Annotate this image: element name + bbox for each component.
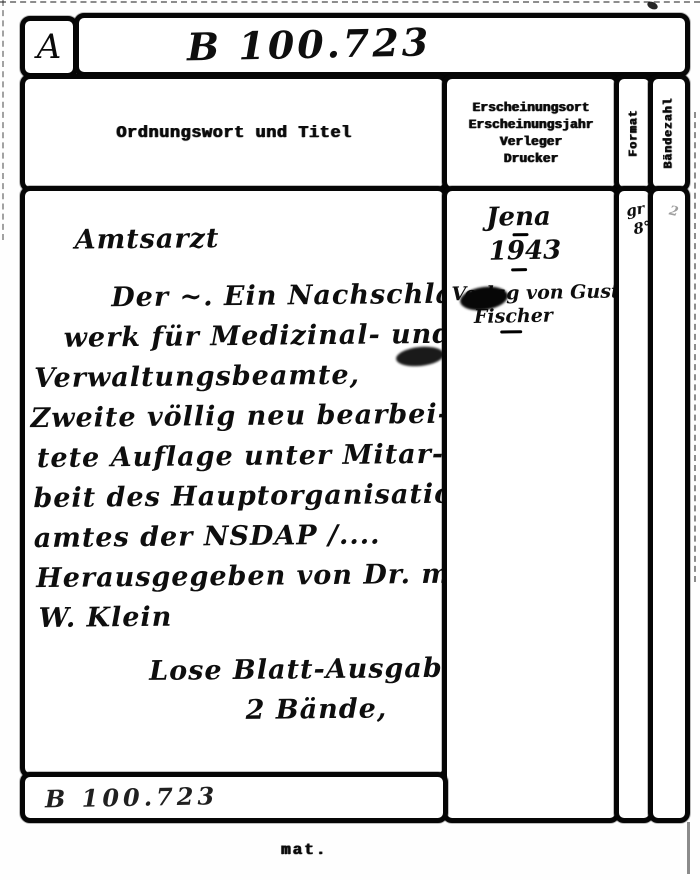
volumes-value: 2 [668,204,687,222]
entry-line: Lose Blatt-Ausgabe, [149,649,445,692]
publication-entry: Jena 1943 Verlag von Gustav Fischer [446,190,616,335]
underline-dash [511,268,527,271]
column-header-volumes-cell: Bändezahl [648,74,690,192]
publication-place: Jena [486,202,614,232]
entry-line: tete Auflage unter Mitar- [37,435,443,479]
entry-line: Zweite völlig neu bearbei- [30,395,442,439]
volumes-cell: 2 [648,186,690,823]
scan-edge-artifact-bottom-right [687,822,690,874]
column-header-publication-cell: Erscheinungsort Erscheinungsjahr Verlege… [442,74,620,192]
title-entry-cell: Amtsarzt Der ~. Ein Nachschlage- werk fü… [20,186,448,778]
publication-year: 1943 [489,235,616,267]
entry-line: Der ~. Ein Nachschlage- [111,275,441,318]
header-format-vertical: Format [628,109,641,156]
shelfmark-bottom-cell: B 100.723 [20,772,448,823]
series-letter-box: A [20,16,78,78]
entry-line: W. Klein [38,595,444,639]
column-header-title: Ordnungswort und Titel [116,124,351,143]
entry-line: Amtsarzt [74,217,440,261]
shelfmark-bottom: B 100.723 [25,781,219,813]
header-erscheinungsort: Erscheinungsort [472,99,589,116]
handwritten-entry: Amtsarzt Der ~. Ein Nachschlage- werk fü… [22,189,446,733]
ink-speck [646,0,659,11]
underline-dash [500,330,522,333]
publisher-line-1: Verlag von Gustav [451,280,615,307]
column-header-title-cell: Ordnungswort und Titel [20,74,448,192]
scan-edge-artifact-right [694,112,696,582]
shelfmark-box: B 100.723 [74,13,690,77]
header-verleger: Verleger [500,133,562,150]
entry-line: 2 Bände, [245,689,445,731]
entry-line: amtes der NSDAP /.... [34,515,444,559]
header-erscheinungsjahr: Erscheinungsjahr [469,116,594,133]
entry-line: Verwaltungsbeamte, [34,355,442,399]
publication-cell: Jena 1943 Verlag von Gustav Fischer [442,186,620,823]
catalog-card-scan: A B 100.723 Ordnungswort und Titel Ersch… [0,0,700,880]
scan-edge-artifact-top [0,1,700,3]
publisher-line-2: Fischer [474,304,616,328]
header-drucker: Drucker [504,150,559,167]
shelfmark-handwritten: B 100.723 [79,19,432,71]
entry-line: Herausgegeben von Dr. med. [36,555,444,599]
series-letter: A [37,27,62,67]
entry-line: werk für Medizinal- und [64,315,442,359]
entry-line: beit des Hauptorganisations [33,475,443,519]
scan-edge-artifact-left [2,0,4,240]
caption-mat: mat. [281,841,327,859]
header-baendezahl-vertical: Bändezahl [663,97,676,168]
